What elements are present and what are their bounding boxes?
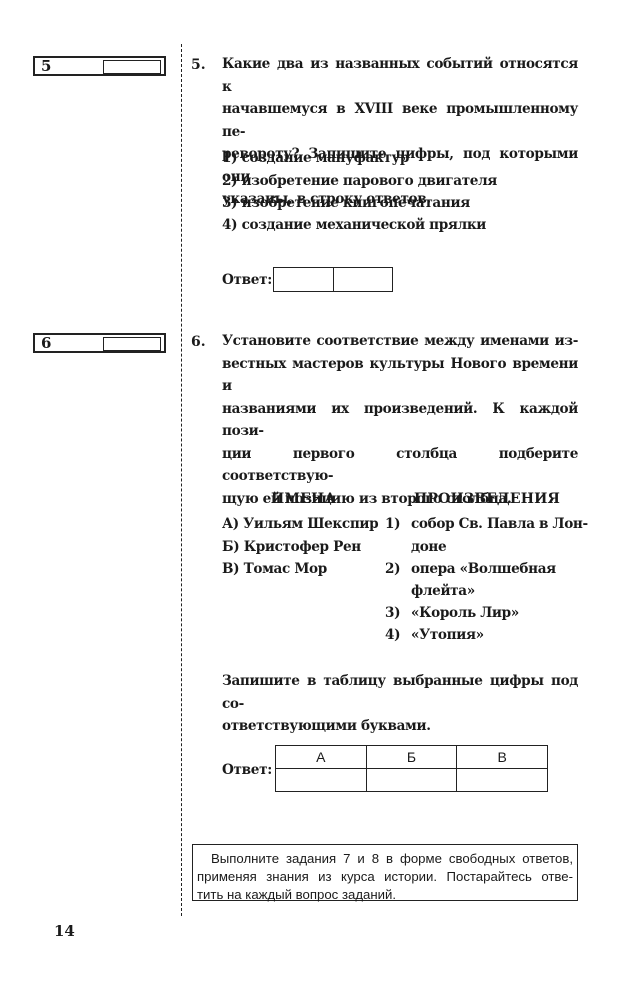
work-text: опера «Волшебная xyxy=(411,561,556,577)
task-6-instruction: Запишите в таблицу выбранные цифры под с… xyxy=(222,670,578,738)
question-line: Какие два из названных событий относятся… xyxy=(222,53,578,98)
work-number: 1) xyxy=(385,516,400,532)
note-line: применяя знания из курса истории. Постар… xyxy=(197,868,573,886)
work-text: «Король Лир» xyxy=(411,605,519,621)
names-column-header: ИМЕНА xyxy=(271,491,336,507)
name-item-b: Б) Кристофер Рен xyxy=(222,539,361,555)
instruction-line: ответствующими буквами. xyxy=(222,715,578,738)
score-box-task-5: 5 xyxy=(33,56,166,76)
answer-field-task-5[interactable] xyxy=(273,267,393,292)
margin-separator xyxy=(181,44,182,916)
work-text: «Утопия» xyxy=(411,627,484,643)
score-box-label: 6 xyxy=(41,334,51,352)
answer-cell-a[interactable] xyxy=(276,769,367,792)
note-line: Выполните задания 7 и 8 в форме свободны… xyxy=(197,850,573,868)
task-number: 5. xyxy=(191,57,206,73)
option-1: 1) создание мануфактур xyxy=(222,150,409,166)
option-4: 4) создание механической прялки xyxy=(222,217,486,233)
answer-column-c: В xyxy=(457,746,548,769)
answer-column-a: А xyxy=(276,746,367,769)
work-number: 2) xyxy=(385,561,400,577)
task-6-question: Установите соответствие между именами из… xyxy=(222,330,578,510)
answer-table-input-row xyxy=(276,769,548,792)
work-number: 4) xyxy=(385,627,400,643)
answer-table-task-6: А Б В xyxy=(275,745,548,792)
score-cell[interactable] xyxy=(103,60,161,74)
work-number: 3) xyxy=(385,605,400,621)
question-line: Установите соответствие между именами из… xyxy=(222,330,578,353)
score-box-task-6: 6 xyxy=(33,333,166,353)
answer-cell-c[interactable] xyxy=(457,769,548,792)
score-cell[interactable] xyxy=(103,337,161,351)
score-box-label: 5 xyxy=(41,57,51,75)
option-3: 3) изобретение книгопечатания xyxy=(222,195,470,211)
instruction-note-box: Выполните задания 7 и 8 в форме свободны… xyxy=(192,844,578,901)
work-text: доне xyxy=(411,539,446,555)
task-number: 6. xyxy=(191,334,206,350)
work-text: флейта» xyxy=(411,583,475,599)
note-line: тить на каждый вопрос заданий. xyxy=(197,886,573,904)
question-line: названиями их произведений. К каждой поз… xyxy=(222,398,578,443)
question-line: вестных мастеров культуры Нового времени… xyxy=(222,353,578,398)
question-line: начавшемуся в XVIII веке промышленному п… xyxy=(222,98,578,143)
answer-label: Ответ: xyxy=(222,762,272,778)
instruction-line: Запишите в таблицу выбранные цифры под с… xyxy=(222,670,578,715)
answer-cell-1[interactable] xyxy=(274,268,333,291)
name-item-c: В) Томас Мор xyxy=(222,561,327,577)
answer-cell-2[interactable] xyxy=(333,268,393,291)
question-line: ции первого столбца подберите соответств… xyxy=(222,443,578,488)
answer-table-header-row: А Б В xyxy=(276,746,548,769)
works-column-header: ПРОИЗВЕДЕНИЯ xyxy=(414,491,560,507)
option-2: 2) изобретение парового двигателя xyxy=(222,173,497,189)
answer-column-b: Б xyxy=(366,746,457,769)
answer-label: Ответ: xyxy=(222,272,272,288)
work-text: собор Св. Павла в Лон- xyxy=(411,516,588,532)
name-item-a: А) Уильям Шекспир xyxy=(222,516,378,532)
page-number: 14 xyxy=(54,922,75,940)
answer-cell-b[interactable] xyxy=(366,769,457,792)
